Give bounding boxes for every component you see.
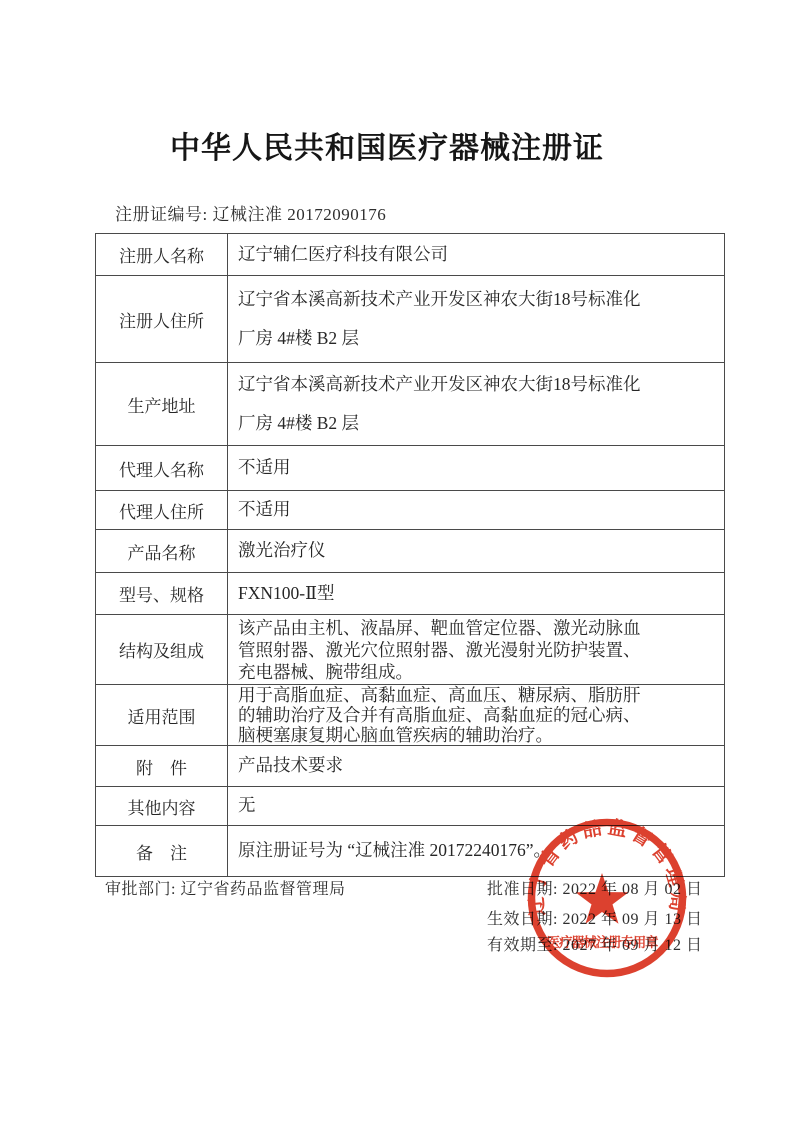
row-value: 原注册证号为 “辽械注准 20172240176”。 (228, 826, 725, 877)
table-row: 结构及组成 该产品由主机、液晶屏、靶血管定位器、激光动脉血 管照射器、激光穴位照… (96, 615, 725, 685)
row-value: 产品技术要求 (228, 746, 725, 787)
row-value: FXN100-Ⅱ型 (228, 573, 725, 615)
row-label: 附 件 (96, 746, 228, 787)
effective-date: 生效日期: 2022 年 09 月 13 日 (487, 906, 702, 929)
row-value: 用于高脂血症、高黏血症、高血压、糖尿病、脂肪肝 的辅助治疗及合并有高脂血症、高黏… (228, 685, 725, 746)
table-row: 备 注 原注册证号为 “辽械注准 20172240176”。 (96, 826, 725, 877)
row-label: 型号、规格 (96, 573, 228, 615)
row-value: 不适用 (228, 491, 725, 530)
approval-date: 批准日期: 2022 年 08 月 02 日 (487, 876, 702, 899)
row-label: 结构及组成 (96, 615, 228, 685)
table-row: 注册人住所 辽宁省本溪高新技术产业开发区神农大街18号标准化 厂房 4#楼 B2… (96, 276, 725, 363)
row-value: 不适用 (228, 446, 725, 491)
row-label: 注册人名称 (96, 234, 228, 276)
row-value: 无 (228, 787, 725, 826)
row-value: 辽宁省本溪高新技术产业开发区神农大街18号标准化 厂房 4#楼 B2 层 (228, 363, 725, 446)
row-value: 辽宁省本溪高新技术产业开发区神农大街18号标准化 厂房 4#楼 B2 层 (228, 276, 725, 363)
valid-until-date: 有效期至: 2027 年 09 月 12 日 (487, 932, 702, 955)
table-row: 代理人住所 不适用 (96, 491, 725, 530)
certificate-page: 中华人民共和国医疗器械注册证 注册证编号: 辽械注准 20172090176 注… (0, 0, 794, 1123)
certificate-table: 注册人名称 辽宁辅仁医疗科技有限公司 注册人住所 辽宁省本溪高新技术产业开发区神… (95, 233, 725, 877)
certificate-number: 注册证编号: 辽械注准 20172090176 (115, 200, 386, 225)
row-label: 代理人名称 (96, 446, 228, 491)
row-label: 其他内容 (96, 787, 228, 826)
table-row: 型号、规格 FXN100-Ⅱ型 (96, 573, 725, 615)
row-label: 产品名称 (96, 530, 228, 573)
row-label: 备 注 (96, 826, 228, 877)
table-row: 注册人名称 辽宁辅仁医疗科技有限公司 (96, 234, 725, 276)
row-value: 辽宁辅仁医疗科技有限公司 (228, 234, 725, 276)
page-title: 中华人民共和国医疗器械注册证 (0, 123, 784, 167)
row-label: 适用范围 (96, 685, 228, 746)
row-value: 该产品由主机、液晶屏、靶血管定位器、激光动脉血 管照射器、激光穴位照射器、激光漫… (228, 615, 725, 685)
row-value: 激光治疗仪 (228, 530, 725, 573)
table-row: 附 件 产品技术要求 (96, 746, 725, 787)
table-row: 生产地址 辽宁省本溪高新技术产业开发区神农大街18号标准化 厂房 4#楼 B2 … (96, 363, 725, 446)
table-row: 产品名称 激光治疗仪 (96, 530, 725, 573)
row-label: 代理人住所 (96, 491, 228, 530)
table-row: 代理人名称 不适用 (96, 446, 725, 491)
approval-department: 审批部门: 辽宁省药品监督管理局 (105, 876, 345, 899)
row-label: 生产地址 (96, 363, 228, 446)
table-row: 适用范围 用于高脂血症、高黏血症、高血压、糖尿病、脂肪肝 的辅助治疗及合并有高脂… (96, 685, 725, 746)
row-label: 注册人住所 (96, 276, 228, 363)
table-row: 其他内容 无 (96, 787, 725, 826)
